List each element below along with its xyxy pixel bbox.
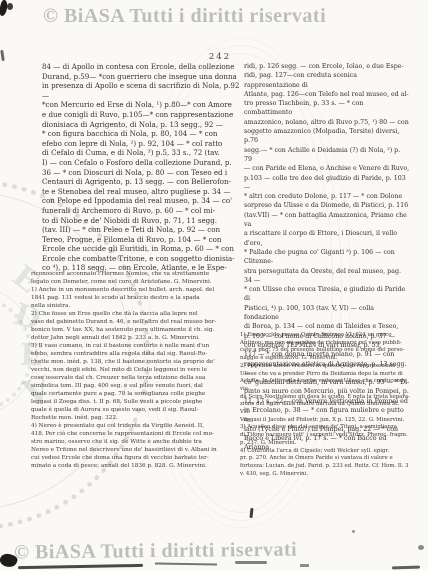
scan-artifact-bottom-line bbox=[155, 562, 217, 565]
scan-artifact-left-edge bbox=[0, 50, 5, 61]
right-column-footnotes: 1) Essa uccide presso Quinto Smirneo VI,… bbox=[240, 332, 410, 478]
scan-artifact-top-left bbox=[7, 3, 13, 10]
scan-artifact-bottom-line bbox=[235, 561, 267, 564]
page-number: 242 bbox=[150, 52, 290, 62]
scan-artifact-bottom-line bbox=[392, 566, 420, 570]
scan-artifact-bottom-mark bbox=[300, 564, 309, 567]
scan-artifact-speck bbox=[352, 530, 355, 533]
scanned-page: E D E V © BiASA Tutti i diritti riservat… bbox=[0, 0, 428, 570]
watermark-top: © BiASA Tutti i diritti riservati bbox=[43, 5, 326, 28]
stamp-ring-inner bbox=[0, 295, 33, 413]
left-column-footnotes: riconoscere accennato l'Hermes Nomios, c… bbox=[31, 270, 239, 470]
scan-artifact-bottom-line bbox=[18, 564, 143, 569]
left-column-main-text: 84 — di Apollo in contesa con Ercole, de… bbox=[42, 62, 240, 273]
scan-artifact-dot bbox=[418, 545, 424, 550]
